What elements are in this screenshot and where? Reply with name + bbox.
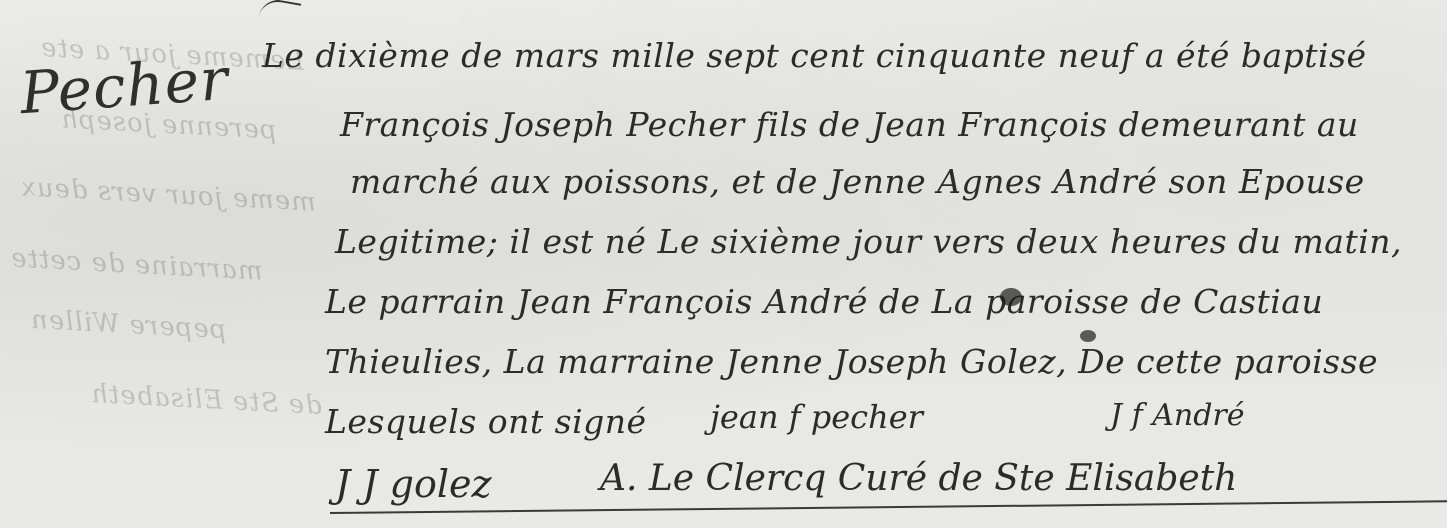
margin-surname: Pecher <box>18 45 231 127</box>
register-page: Lememe jour a ete perenne joseph meme jo… <box>0 0 1447 528</box>
entry-line-7: Lesquels ont signé <box>325 402 647 441</box>
signature-cure: A. Le Clercq Curé de Ste Elisabeth <box>600 458 1237 499</box>
entry-line-1: Le dixième de mars mille sept cent cinqu… <box>262 36 1367 75</box>
entry-line-2: François Joseph Pecher fils de Jean Fran… <box>340 105 1359 144</box>
entry-line-6: Thieulies, La marraine Jenne Joseph Gole… <box>325 342 1378 381</box>
entry-line-3: marché aux poissons, et de Jenne Agnes A… <box>350 162 1365 201</box>
bleed-through-text: pepere Willen <box>29 305 227 345</box>
signature-golez: J J golez <box>335 462 492 506</box>
bleed-through-text: de Ste Elisabeth <box>89 379 322 421</box>
bleed-through-text: marraine de cette <box>9 243 263 286</box>
entry-line-4: Legitime; il est né Le sixième jour vers… <box>335 222 1402 261</box>
signature-godfather-father: jean f pecher <box>710 398 923 436</box>
entry-separator-line <box>330 500 1447 514</box>
ink-blot <box>1000 288 1022 306</box>
signature-andre: J f André <box>1110 398 1245 433</box>
ink-blot <box>1080 330 1096 342</box>
entry-line-5: Le parrain Jean François André de La par… <box>325 282 1323 321</box>
bleed-through-text: meme jour vers deux <box>19 172 316 217</box>
